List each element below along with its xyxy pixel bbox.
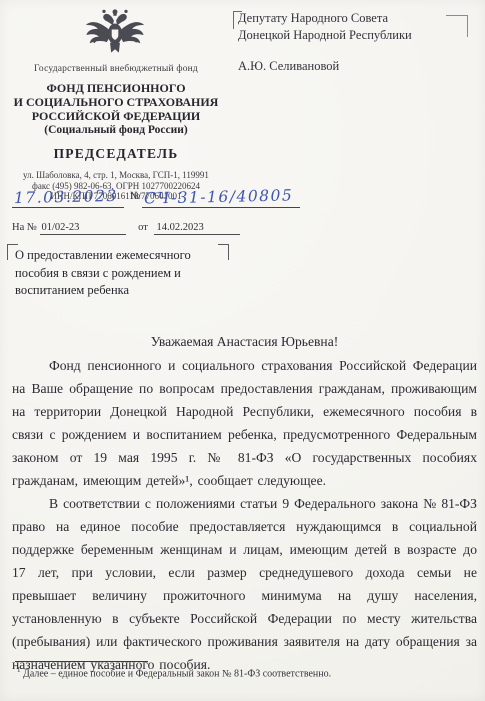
- incoming-number: 01/02-23: [40, 222, 126, 235]
- crop-corner-mark-left: [233, 11, 242, 29]
- coat-of-arms-icon: [82, 7, 148, 63]
- handwritten-number: СЧ-31-16/40805: [144, 186, 294, 207]
- org-name-line3: РОССИЙСКОЙ ФЕДЕРАЦИИ: [4, 109, 228, 123]
- subject-line1: О предоставлении ежемесячного: [11, 247, 223, 265]
- addressee-name: А.Ю. Селивановой: [238, 58, 464, 75]
- salutation: Уважаемая Анастасия Юрьевна!: [12, 330, 477, 353]
- org-subtitle: (Социальный фонд России): [4, 124, 228, 136]
- outgoing-reference-line: 17.03.2023№СЧ-31-16/40805: [12, 188, 312, 214]
- body-paragraph-1: Фонд пенсионного и социального страхован…: [12, 354, 477, 492]
- from-label: от: [138, 222, 148, 233]
- org-name: ФОНД ПЕНСИОННОГО И СОЦИАЛЬНОГО СТРАХОВАН…: [4, 81, 228, 123]
- footnote-divider: [15, 661, 148, 662]
- addressee-line2: Донецкой Народной Республики: [238, 27, 464, 44]
- addressee-block: Депутату Народного Совета Донецкой Народ…: [238, 10, 464, 75]
- subject-corner-mark-left: [7, 244, 18, 260]
- subject-corner-mark-right: [218, 244, 229, 260]
- position-title: ПРЕДСЕДАТЕЛЬ: [4, 146, 228, 162]
- org-name-line2: И СОЦИАЛЬНОГО СТРАХОВАНИЯ: [4, 95, 228, 109]
- footnote-text: Далее – единое пособие и Федеральный зак…: [21, 668, 332, 679]
- letter-body: Уважаемая Анастасия Юрьевна! Фонд пенсио…: [12, 330, 477, 676]
- outgoing-date-field: 17.03.2023: [12, 188, 124, 208]
- footnote: 1 Далее – единое пособие и Федеральный з…: [17, 666, 437, 679]
- incoming-date: 14.02.2023: [154, 222, 240, 235]
- fund-type-label: Государственный внебюджетный фонд: [4, 64, 228, 74]
- body-paragraph-2: В соответствии с положениями статьи 9 Фе…: [12, 492, 477, 676]
- subject-line2: пособия в связи с рождением и: [11, 265, 223, 283]
- subject-block: О предоставлении ежемесячного пособия в …: [11, 247, 223, 300]
- letterhead: Государственный внебюджетный фонд ФОНД П…: [4, 64, 228, 202]
- incoming-label: На №: [12, 222, 37, 233]
- addressee-line1: Депутату Народного Совета: [238, 10, 464, 27]
- number-sign: №: [130, 190, 141, 202]
- org-name-line1: ФОНД ПЕНСИОННОГО: [4, 81, 228, 95]
- scanned-letter-page: Государственный внебюджетный фонд ФОНД П…: [0, 0, 485, 701]
- outgoing-number-field: СЧ-31-16/40805: [142, 188, 299, 208]
- org-address-line: ул. Шаболовка, 4, стр. 1, Москва, ГСП-1,…: [4, 170, 228, 181]
- crop-corner-mark-right: [446, 15, 468, 37]
- incoming-reference-line: На № 01/02-23 от 14.02.2023: [12, 222, 312, 235]
- subject-line3: воспитанием ребенка: [11, 282, 223, 300]
- handwritten-date: 17.03.2023: [14, 187, 118, 207]
